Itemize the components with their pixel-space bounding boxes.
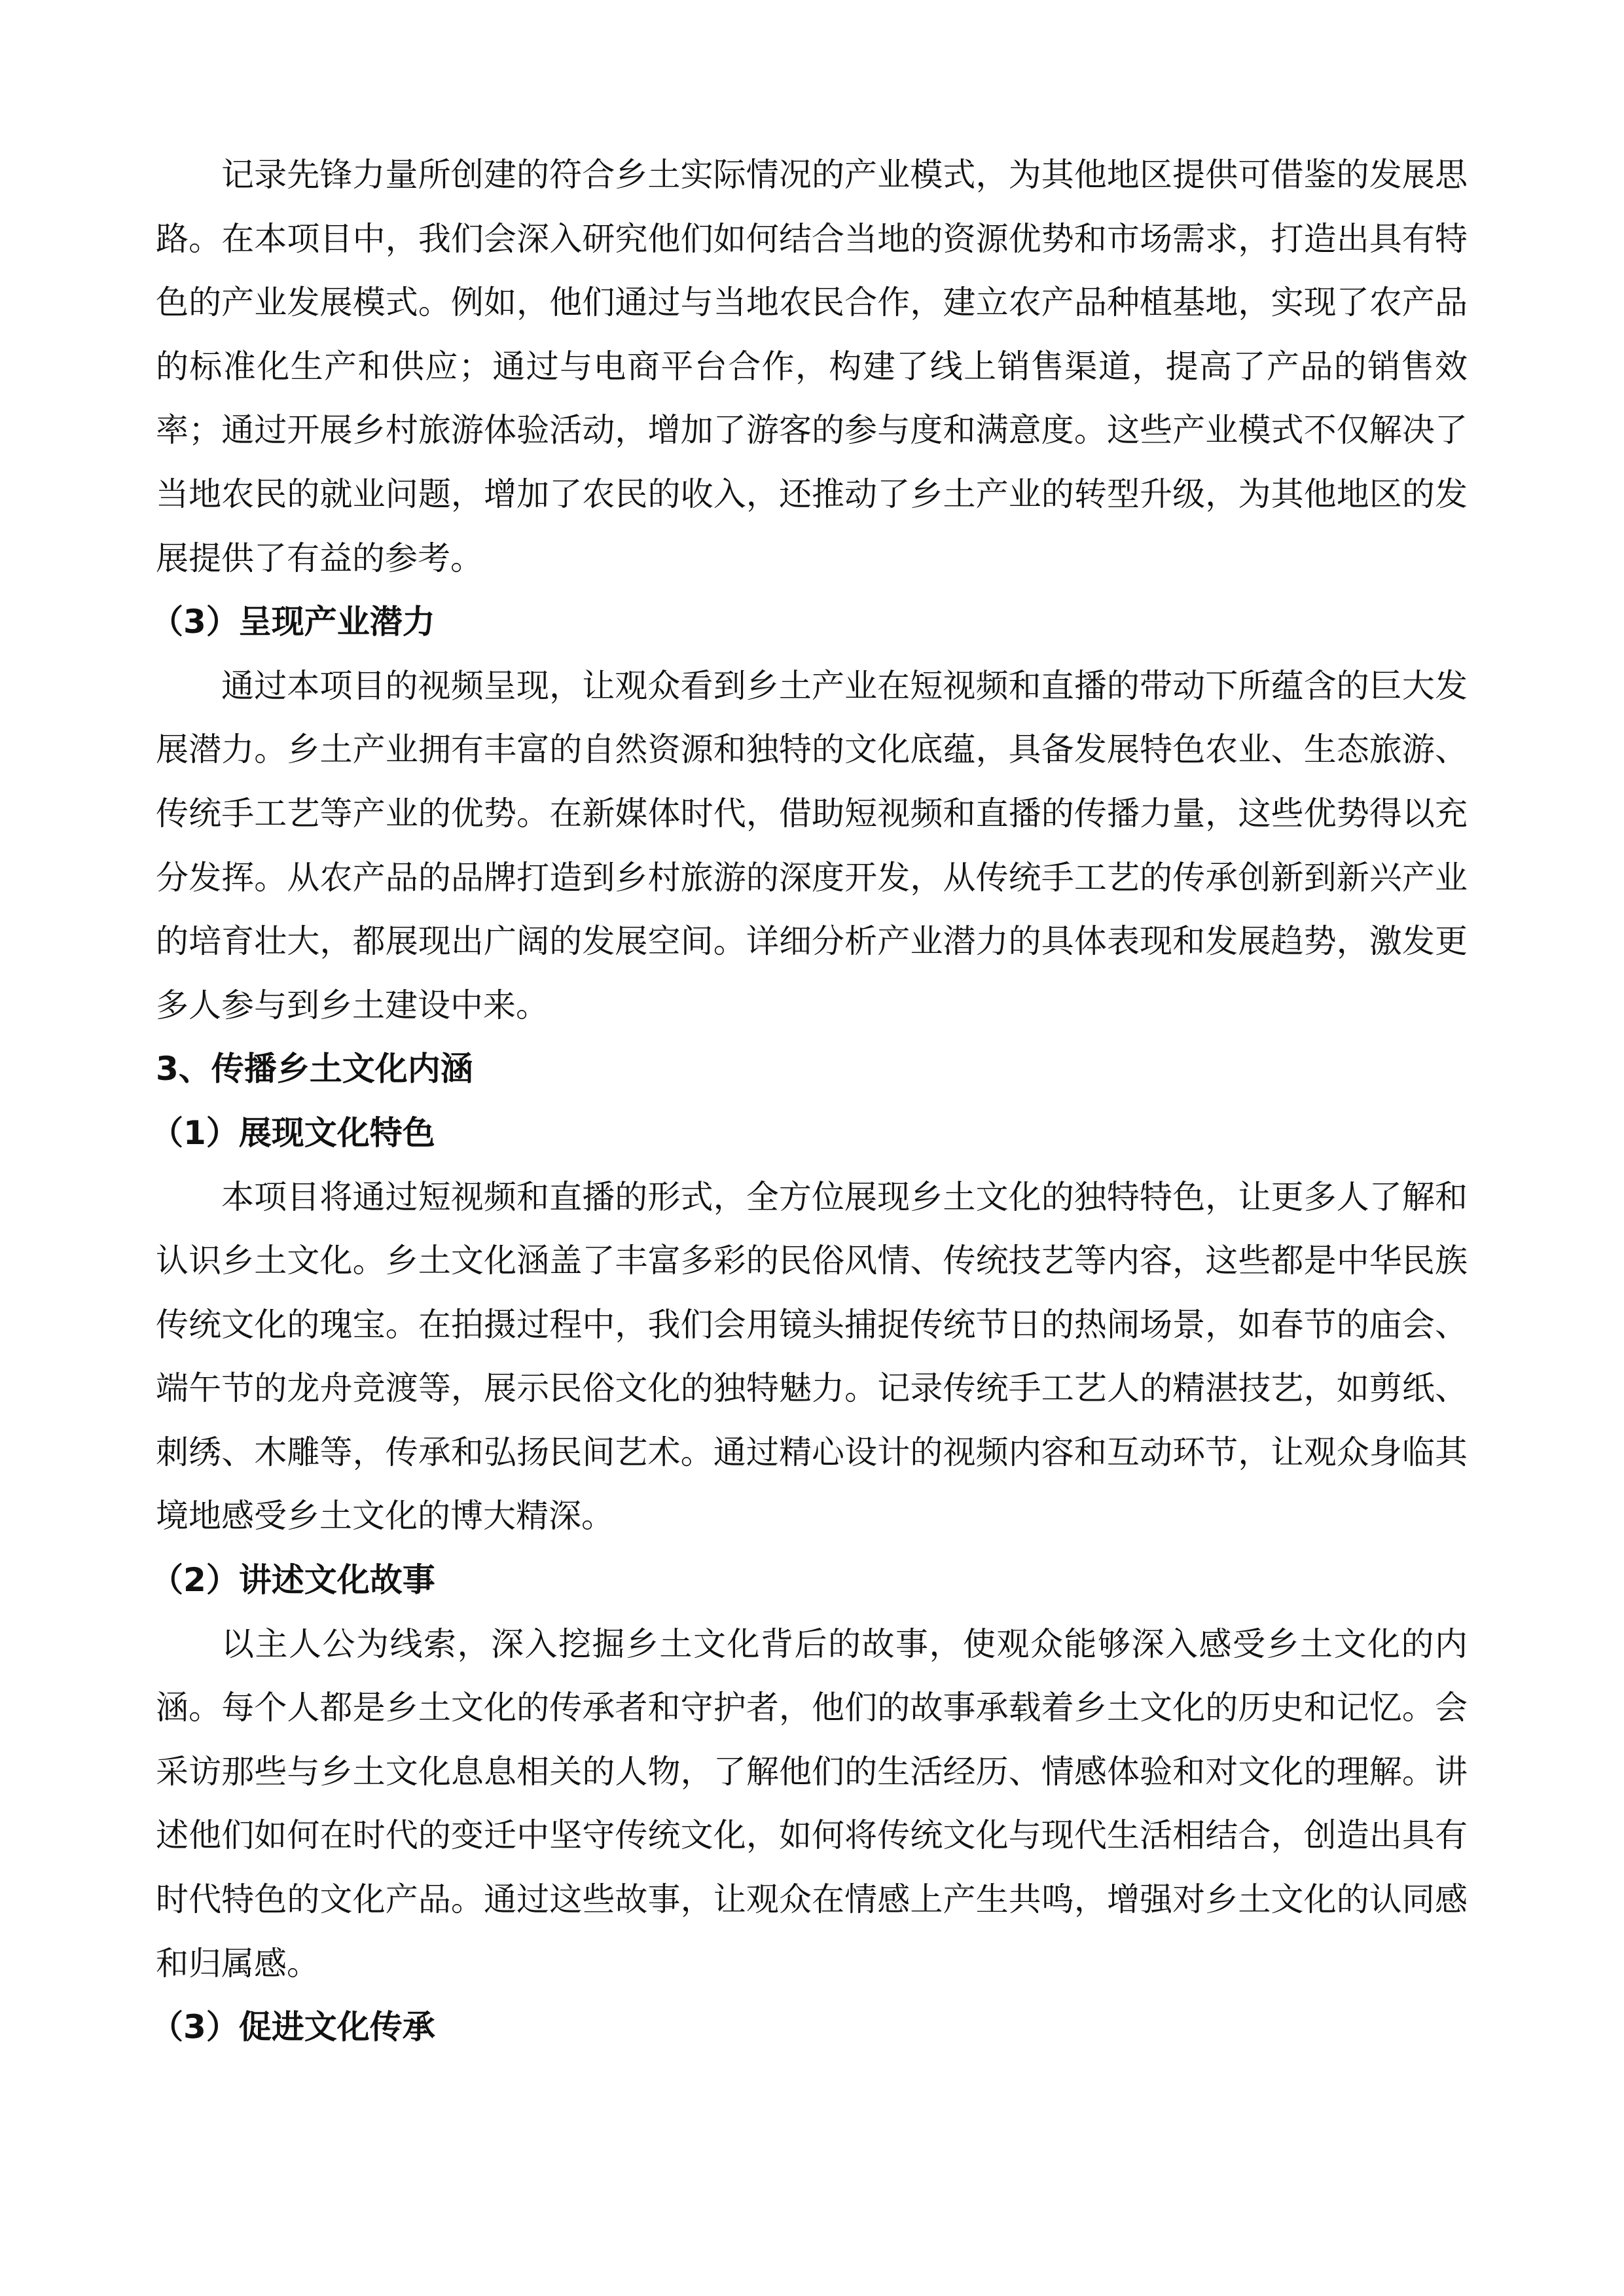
subheading-cultural-stories: （2）讲述文化故事: [151, 1549, 1468, 1613]
paragraph-industry-model: 记录先锋力量所创建的符合乡土实际情况的产业模式，为其他地区提供可借鉴的发展思路。…: [156, 143, 1468, 590]
paragraph-cultural-features: 本项目将通过短视频和直播的形式，全方位展现乡土文化的独特特色，让更多人了解和认识…: [156, 1166, 1468, 1549]
subheading-cultural-inheritance: （3）促进文化传承: [151, 1996, 1468, 2060]
paragraph-cultural-stories: 以主人公为线索，深入挖掘乡土文化背后的故事，使观众能够深入感受乡土文化的内涵。每…: [156, 1613, 1468, 1996]
heading-spread-rural-culture: 3、传播乡土文化内涵: [156, 1037, 1468, 1102]
document-page: 记录先锋力量所创建的符合乡土实际情况的产业模式，为其他地区提供可借鉴的发展思路。…: [156, 143, 1468, 2060]
subheading-industry-potential: （3）呈现产业潜力: [151, 590, 1468, 655]
paragraph-industry-potential: 通过本项目的视频呈现，让观众看到乡土产业在短视频和直播的带动下所蕴含的巨大发展潜…: [156, 655, 1468, 1038]
subheading-cultural-features: （1）展现文化特色: [151, 1102, 1468, 1166]
